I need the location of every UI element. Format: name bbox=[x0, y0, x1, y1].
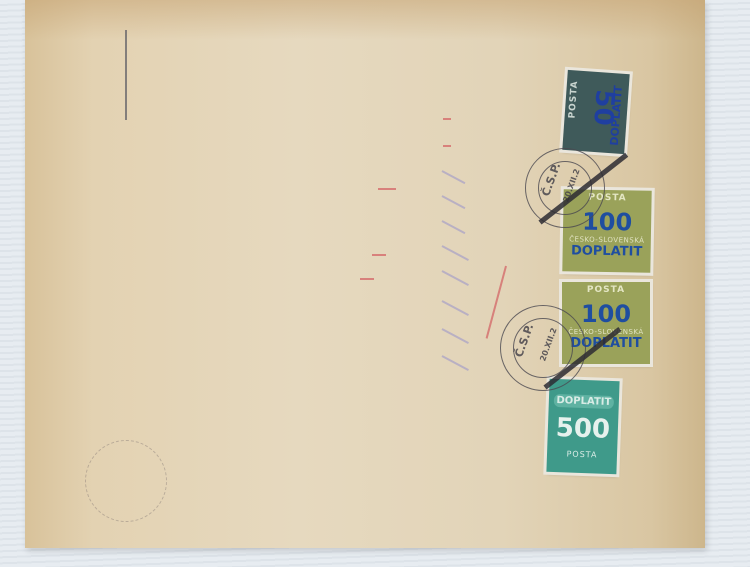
red-mark bbox=[443, 118, 451, 120]
stamp-label: POSTA bbox=[568, 80, 581, 119]
stamp-overprint: DOPLATIT bbox=[608, 85, 625, 146]
faded-postmark bbox=[85, 440, 167, 522]
stamp-50-doplatit: POSTA 50 DOPLATIT bbox=[562, 70, 629, 154]
stamp-denomination: 100 bbox=[581, 300, 631, 328]
stamp-label: DOPLATIT bbox=[553, 393, 614, 408]
postmark: Č.S.P. 20.XII.2 bbox=[500, 305, 586, 391]
pencil-line bbox=[125, 30, 127, 120]
paper-stain bbox=[25, 0, 705, 40]
stamp-label: POSTA bbox=[587, 285, 625, 295]
red-mark bbox=[360, 278, 374, 280]
stamp-label-bottom: POSTA bbox=[566, 449, 597, 459]
red-mark bbox=[378, 188, 396, 190]
red-mark bbox=[443, 145, 451, 147]
stamp-500-doplatit: DOPLATIT 500 POSTA bbox=[546, 379, 619, 474]
postmark: Č.S.P. 20.XII.2 bbox=[525, 148, 605, 228]
red-mark bbox=[372, 254, 386, 256]
stamp-overprint: DOPLATIT bbox=[571, 243, 643, 259]
stamp-denomination: 500 bbox=[555, 413, 610, 445]
